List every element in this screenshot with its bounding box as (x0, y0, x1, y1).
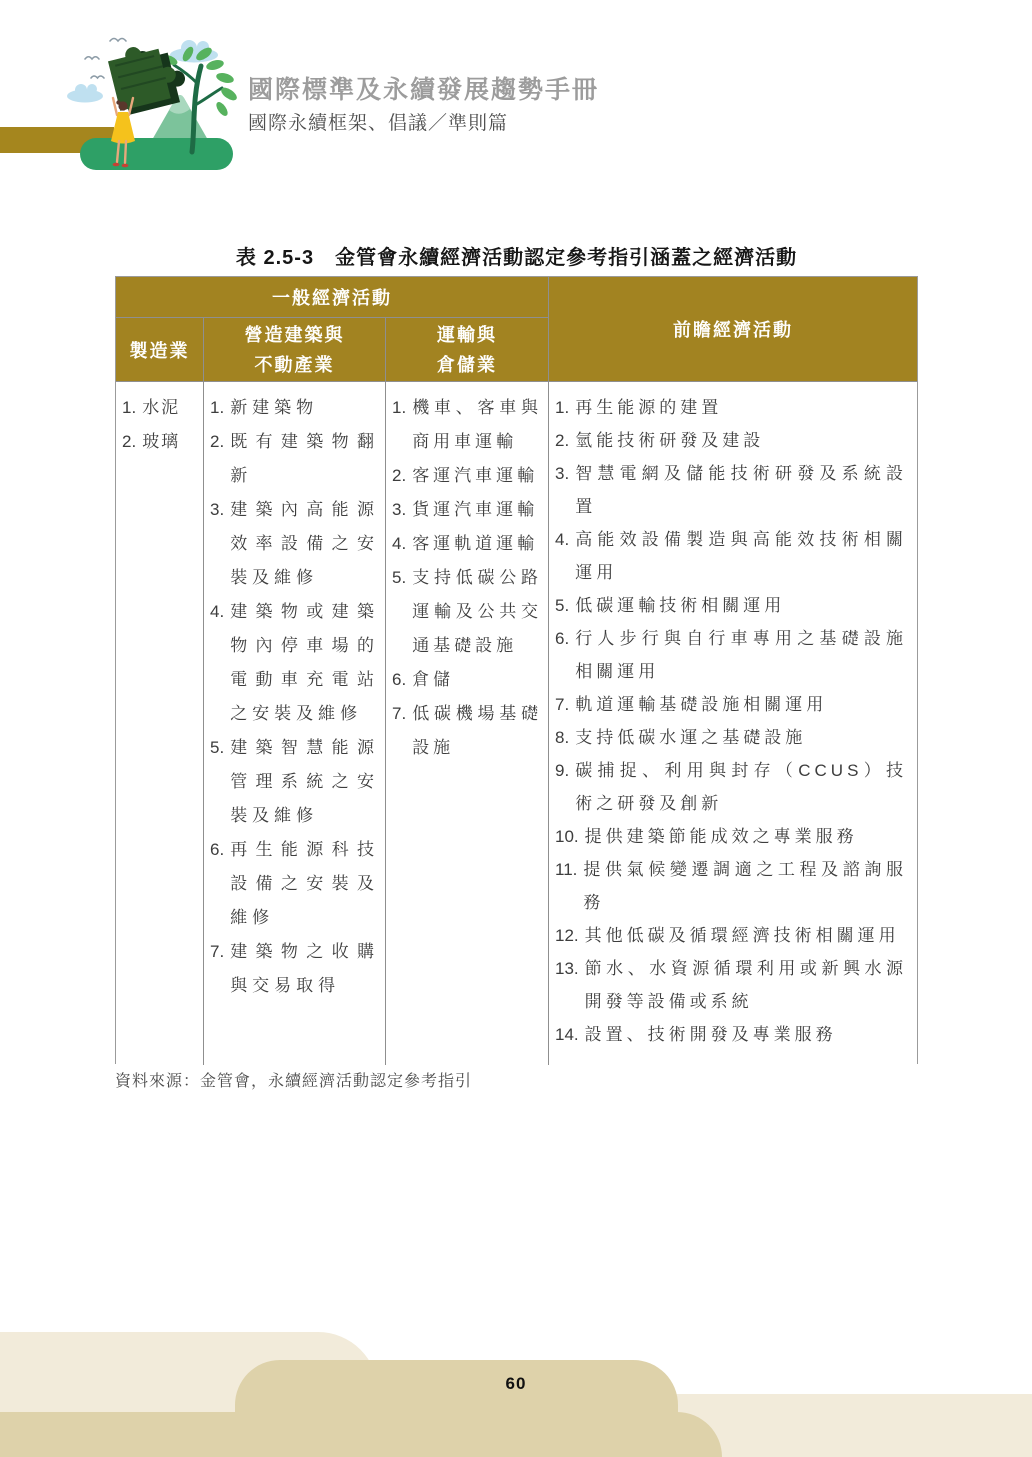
header-general-group: 一般經濟活動 (116, 277, 549, 318)
sustainability-illustration (52, 18, 250, 180)
list-item: 9. 碳捕捉、利用與封存（CCUS）技術之研發及創新 (555, 754, 907, 820)
document-page: 國際標準及永續發展趨勢手冊 國際永續框架、倡議／準則篇 表 2.5-3 金管會永… (0, 0, 1032, 1457)
list-item: 12. 其他低碳及循環經濟技術相關運用 (555, 919, 907, 952)
list-item: 5. 低碳運輸技術相關運用 (555, 589, 907, 622)
list-item: 6. 行人步行與自行車專用之基礎設施相關運用 (555, 622, 907, 688)
list-item: 7. 軌道運輸基礎設施相關運用 (555, 688, 907, 721)
header-forward: 前瞻經濟活動 (549, 277, 917, 382)
list-item: 1. 新建築物 (210, 391, 379, 425)
list-item: 1. 再生能源的建置 (555, 391, 907, 424)
list-item: 1. 水泥 (122, 391, 197, 425)
list-item: 10. 提供建築節能成效之專業服務 (555, 820, 907, 853)
cell-manufacturing: 1. 水泥 2. 玻璃 (116, 382, 204, 1065)
list-item: 6. 倉儲 (392, 663, 542, 697)
list-item: 14. 設置、技術開發及專業服務 (555, 1018, 907, 1051)
forward-list: 1. 再生能源的建置 2. 氫能技術研發及建設 3. (555, 391, 907, 1051)
header-construction: 營造建築與 不動產業 (204, 318, 386, 382)
book-title: 國際標準及永續發展趨勢手冊 (248, 70, 599, 106)
transport-list: 1. 機車、客車與商用車運輸 2. 客運汽車運輸 3. (392, 391, 542, 765)
list-item: 2. 氫能技術研發及建設 (555, 424, 907, 457)
economic-activities-table: 一般經濟活動 前瞻經濟活動 製造業 營造建築與 不動產業 運輸與 倉儲業 (115, 276, 918, 1064)
list-item: 7. 低碳機場基礎設施 (392, 697, 542, 765)
source-note: 資料來源：金管會，永續經濟活動認定參考指引 (115, 1068, 472, 1091)
list-item: 8. 支持低碳水運之基礎設施 (555, 721, 907, 754)
book-subtitle: 國際永續框架、倡議／準則篇 (248, 108, 508, 135)
list-item: 11. 提供氣候變遷調適之工程及諮詢服務 (555, 853, 907, 919)
list-item: 3. 建築內高能源效率設備之安裝及維修 (210, 493, 379, 595)
manufacturing-list: 1. 水泥 2. 玻璃 (122, 391, 197, 459)
list-item: 6. 再生能源科技設備之安裝及維修 (210, 833, 379, 935)
list-item: 1. 機車、客車與商用車運輸 (392, 391, 542, 459)
cell-transport: 1. 機車、客車與商用車運輸 2. 客運汽車運輸 3. (386, 382, 549, 1065)
list-item: 3. 貨運汽車運輸 (392, 493, 542, 527)
page-number: 60 (0, 1374, 1032, 1394)
list-item: 2. 玻璃 (122, 425, 197, 459)
list-item: 4. 高能效設備製造與高能效技術相關運用 (555, 523, 907, 589)
list-item: 2. 既有建築物翻新 (210, 425, 379, 493)
list-item: 7. 建築物之收購與交易取得 (210, 935, 379, 1003)
list-item: 5. 支持低碳公路運輸及公共交通基礎設施 (392, 561, 542, 663)
list-item: 3. 智慧電網及儲能技術研發及系統設置 (555, 457, 907, 523)
grass-graphic (80, 138, 233, 170)
list-item: 2. 客運汽車運輸 (392, 459, 542, 493)
cell-construction: 1. 新建築物 2. 既有建築物翻新 3. (204, 382, 386, 1065)
table-caption: 表 2.5-3 金管會永續經濟活動認定參考指引涵蓋之經濟活動 (115, 241, 918, 270)
list-item: 4. 建築物或建築物內停車場的電動車充電站之安裝及維修 (210, 595, 379, 731)
list-item: 5. 建築智慧能源管理系統之安裝及維修 (210, 731, 379, 833)
header-transport: 運輸與 倉儲業 (386, 318, 549, 382)
construction-list: 1. 新建築物 2. 既有建築物翻新 3. (210, 391, 379, 1003)
header-manufacturing: 製造業 (116, 318, 204, 382)
list-item: 4. 客運軌道運輸 (392, 527, 542, 561)
list-item: 13. 節水、水資源循環利用或新興水源開發等設備或系統 (555, 952, 907, 1018)
cell-forward: 1. 再生能源的建置 2. 氫能技術研發及建設 3. (549, 382, 917, 1065)
